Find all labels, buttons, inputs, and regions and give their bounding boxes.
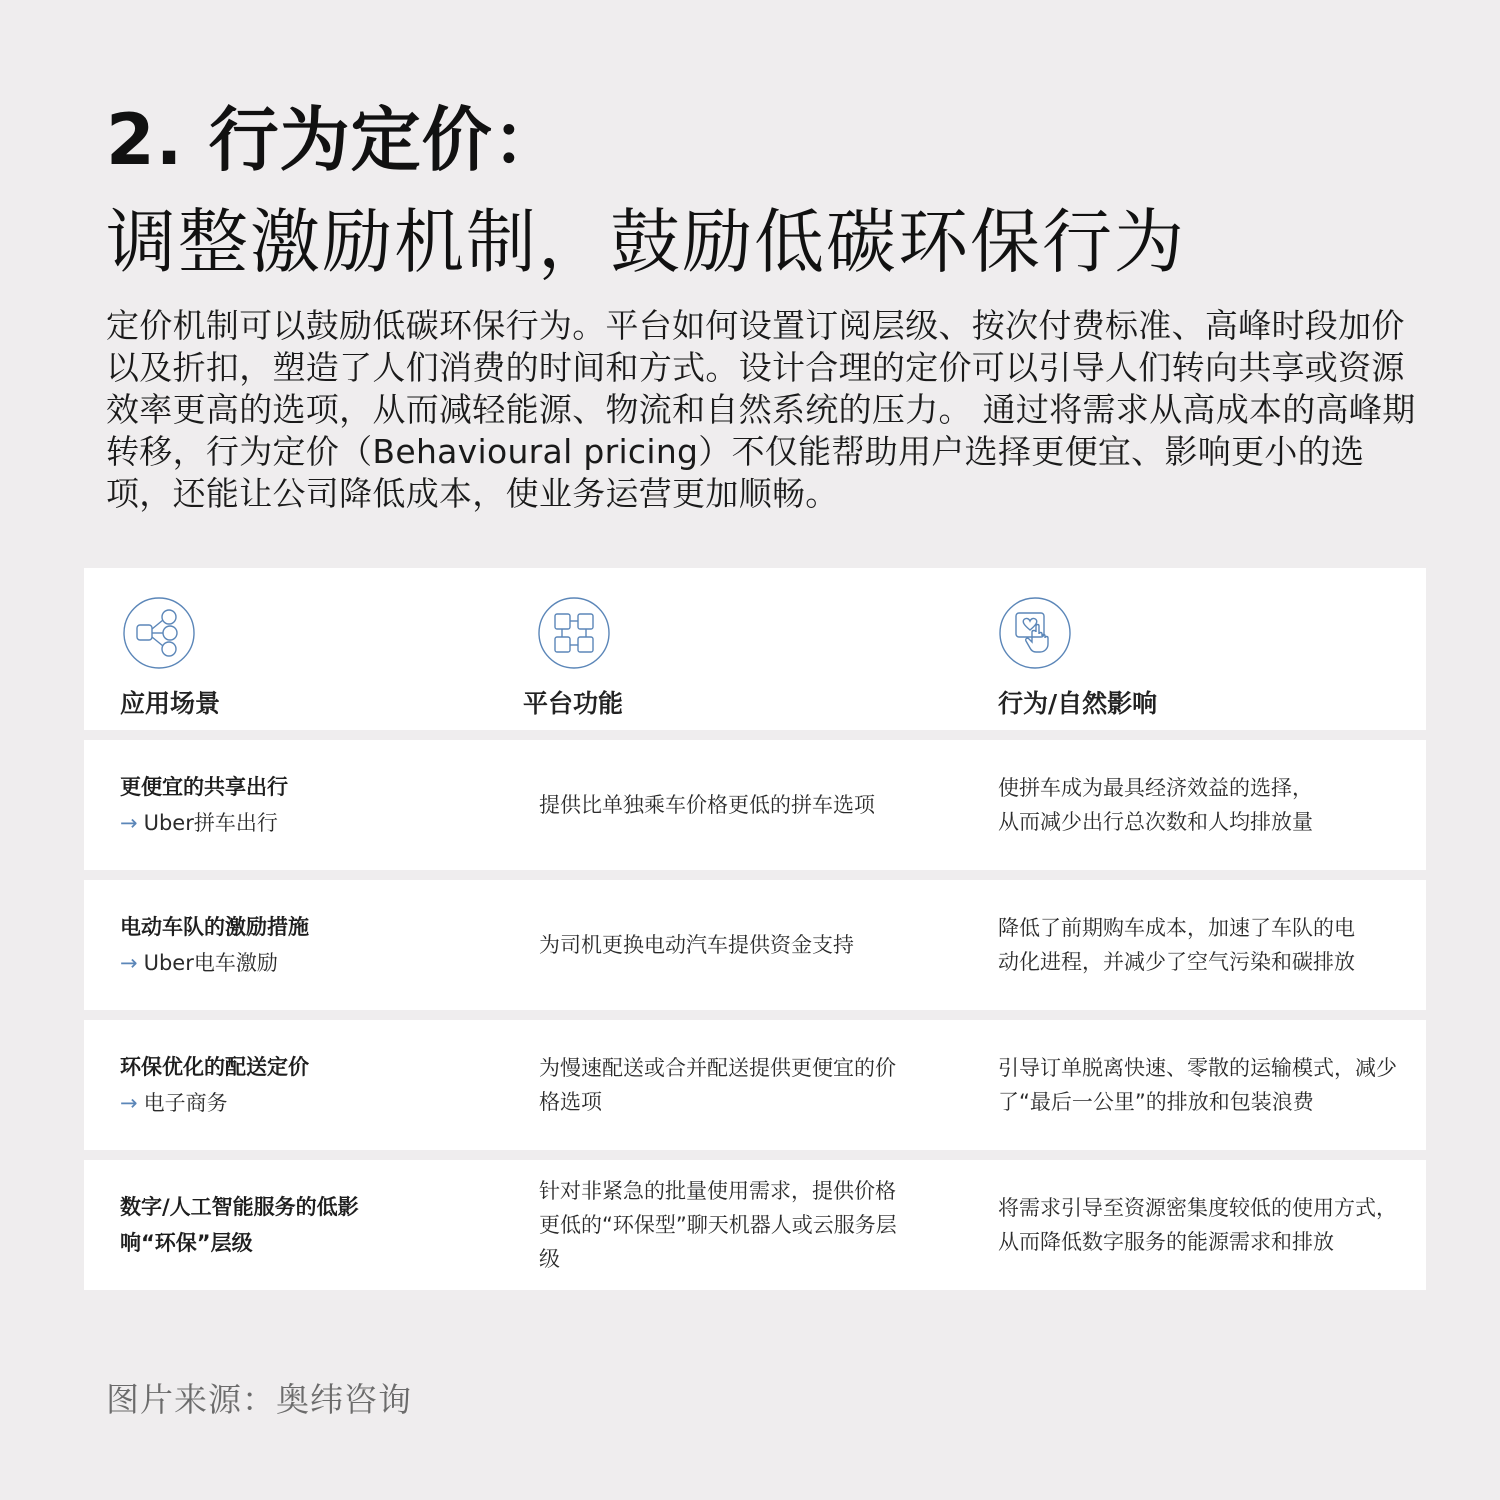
page-heading-line-2: 调整激励机制，鼓励低碳环保行为 [106, 200, 1186, 284]
image-source-credit: 图片来源：奥纬咨询 [106, 1374, 412, 1421]
feature-text: 针对非紧急的批量使用需求，提供价格更低的“环保型”聊天机器人或云服务层级 [539, 1174, 909, 1276]
feature-cell: 针对非紧急的批量使用需求，提供价格更低的“环保型”聊天机器人或云服务层级 [539, 1160, 909, 1290]
impact-cell: 将需求引导至资源密集度较低的使用方式，从而降低数字服务的能源需求和排放 [998, 1160, 1408, 1290]
arrow-right-icon: → [120, 811, 138, 835]
header-label-feature: 平台功能 [523, 684, 623, 720]
impact-text: 将需求引导至资源密集度较低的使用方式，从而降低数字服务的能源需求和排放 [998, 1191, 1408, 1259]
feature-cell: 为慢速配送或合并配送提供更便宜的价格选项 [539, 1020, 909, 1150]
page-heading-line-1: 2. 行为定价： [106, 98, 564, 182]
scenario-cell-content: 环保优化的配送定价 →电子商务 [120, 1049, 309, 1121]
scenario-cell: 环保优化的配送定价 →电子商务 [120, 1020, 500, 1150]
feature-text: 提供比单独乘车价格更低的拼车选项 [539, 788, 894, 822]
scenario-cell: 数字/人工智能服务的低影响“环保”层级 [120, 1160, 500, 1290]
scenario-example-label: Uber拼车出行 [144, 811, 278, 835]
scenario-title: 电动车队的激励措施 [120, 909, 309, 945]
scenario-example-label: Uber电车激励 [144, 951, 278, 975]
feature-cell: 提供比单独乘车价格更低的拼车选项 [539, 740, 909, 870]
scenario-example: →电子商务 [120, 1085, 309, 1121]
table-row: 环保优化的配送定价 →电子商务 为慢速配送或合并配送提供更便宜的价格选项 引导订… [84, 1020, 1426, 1150]
header-col-scenario: 应用场景 [120, 568, 500, 730]
header-col-impact: 行为/自然影响 [998, 568, 1408, 730]
header-label-impact: 行为/自然影响 [998, 684, 1157, 720]
feature-text: 为慢速配送或合并配送提供更便宜的价格选项 [539, 1051, 909, 1119]
feature-text: 为司机更换电动汽车提供资金支持 [539, 928, 909, 962]
network-share-icon [122, 596, 196, 670]
arrow-right-icon: → [120, 951, 138, 975]
arrow-right-icon: → [120, 1091, 138, 1115]
intro-paragraph: 定价机制可以鼓励低碳环保行为。平台如何设置订阅层级、按次付费标准、高峰时段加价以… [106, 305, 1416, 515]
scenario-cell-content: 更便宜的共享出行 →Uber拼车出行 [120, 769, 288, 841]
impact-cell: 使拼车成为最具经济效益的选择，从而减少出行总次数和人均排放量 [998, 740, 1408, 870]
impact-text: 使拼车成为最具经济效益的选择，从而减少出行总次数和人均排放量 [998, 771, 1318, 839]
scenario-title: 数字/人工智能服务的低影响“环保”层级 [120, 1189, 360, 1261]
scenario-cell: 电动车队的激励措施 →Uber电车激励 [120, 880, 500, 1010]
table-row: 更便宜的共享出行 →Uber拼车出行 提供比单独乘车价格更低的拼车选项 使拼车成… [84, 740, 1426, 870]
table-row: 数字/人工智能服务的低影响“环保”层级 针对非紧急的批量使用需求，提供价格更低的… [84, 1160, 1426, 1290]
hand-tap-heart-icon [998, 596, 1072, 670]
scenario-cell-content: 电动车队的激励措施 →Uber电车激励 [120, 909, 309, 981]
table-row: 电动车队的激励措施 →Uber电车激励 为司机更换电动汽车提供资金支持 降低了前… [84, 880, 1426, 1010]
impact-cell: 引导订单脱离快速、零散的运输模式，减少了“最后一公里”的排放和包装浪费 [998, 1020, 1408, 1150]
scenario-example: →Uber拼车出行 [120, 805, 288, 841]
scenario-cell-content: 数字/人工智能服务的低影响“环保”层级 [120, 1189, 360, 1261]
scenario-cell: 更便宜的共享出行 →Uber拼车出行 [120, 740, 500, 870]
impact-text: 降低了前期购车成本，加速了车队的电动化进程，并减少了空气污染和碳排放 [998, 911, 1358, 979]
scenario-title: 环保优化的配送定价 [120, 1049, 309, 1085]
feature-cell: 为司机更换电动汽车提供资金支持 [539, 880, 909, 1010]
header-label-scenario: 应用场景 [120, 684, 220, 720]
impact-cell: 降低了前期购车成本，加速了车队的电动化进程，并减少了空气污染和碳排放 [998, 880, 1408, 1010]
scenario-example-label: 电子商务 [144, 1091, 228, 1115]
table-header: 应用场景 平台功能 行为/自然影响 [84, 568, 1426, 730]
impact-text: 引导订单脱离快速、零散的运输模式，减少了“最后一公里”的排放和包装浪费 [998, 1051, 1408, 1119]
scenario-title: 更便宜的共享出行 [120, 769, 288, 805]
header-col-feature: 平台功能 [539, 568, 909, 730]
pricing-table: 应用场景 平台功能 行为/自然影响 [84, 568, 1426, 1290]
scenario-example: →Uber电车激励 [120, 945, 309, 981]
connected-blocks-icon [537, 596, 611, 670]
